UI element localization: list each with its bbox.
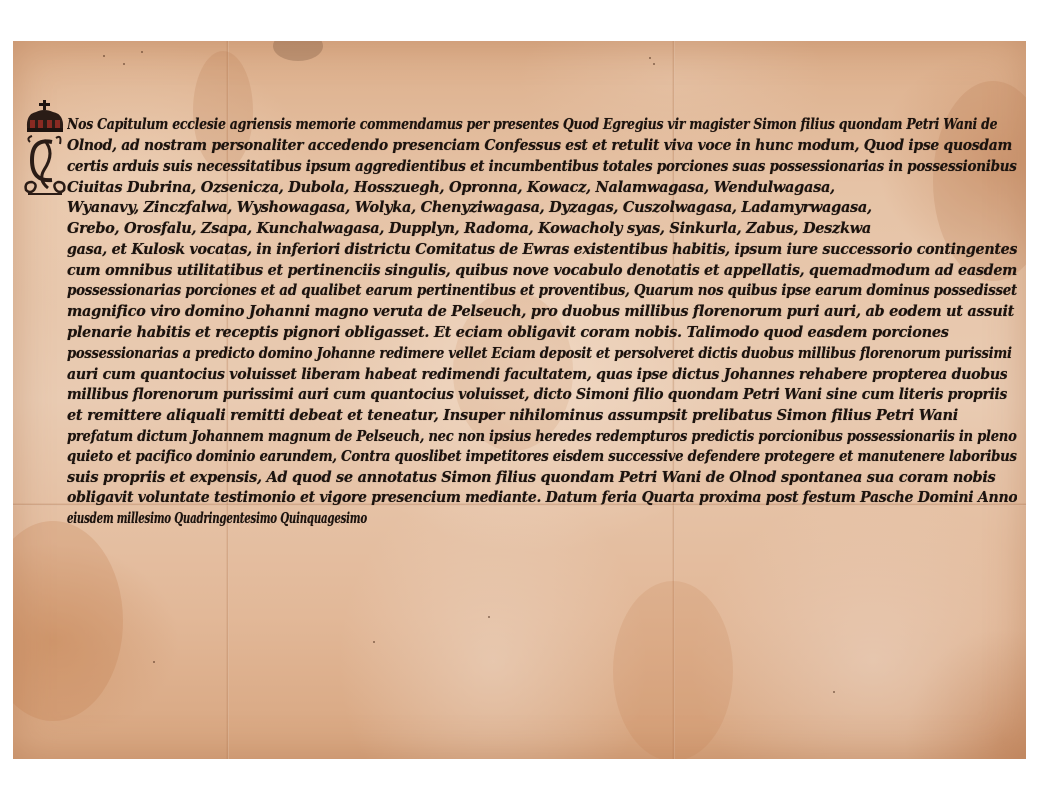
charter-text: Nos Capitulum ecclesie agriensis memorie… bbox=[13, 41, 1026, 759]
text-line-9: possessionarias porciones et ad qualibet… bbox=[67, 281, 1017, 301]
text-line-19: obligavit voluntate testimonio et vigore… bbox=[67, 488, 1017, 508]
text-line-11: plenarie habitis et receptis pignori obl… bbox=[67, 323, 1012, 343]
text-line-3: certis arduis suis necessitatibus ipsum … bbox=[67, 157, 1017, 177]
text-line-2: Olnod, ad nostram personaliter accedendo… bbox=[67, 136, 1012, 156]
text-line-5: Wyanavy, Zinczfalwa, Wyshowagasa, Wolyka… bbox=[67, 198, 1017, 218]
text-line-6: Grebo, Orosfalu, Zsapa, Kunchalwagasa, D… bbox=[67, 219, 1017, 239]
text-line-17: quieto et pacifico dominio earundem, Con… bbox=[67, 447, 1017, 467]
text-line-16: prefatum dictum Johannem magnum de Pelse… bbox=[67, 427, 1017, 447]
text-line-10: magnifico viro domino Johanni magno veru… bbox=[67, 302, 1017, 322]
document-page: Nos Capitulum ecclesie agriensis memorie… bbox=[0, 0, 1040, 800]
text-line-8: cum omnibus utilitatibus et pertinenciis… bbox=[67, 261, 1017, 281]
text-line-20: eiusdem millesimo Quadringentesimo Quinq… bbox=[67, 509, 367, 529]
parchment-charter: Nos Capitulum ecclesie agriensis memorie… bbox=[13, 41, 1026, 759]
text-line-7: gasa, et Kulosk vocatas, in inferiori di… bbox=[67, 240, 1017, 260]
text-line-1: Nos Capitulum ecclesie agriensis memorie… bbox=[67, 115, 997, 135]
text-line-18: suis propriis et expensis, Ad quod se an… bbox=[67, 468, 1017, 488]
text-line-12: possessionarias a predicto domino Johann… bbox=[67, 344, 1012, 364]
text-line-14: millibus florenorum purissimi auri cum q… bbox=[67, 385, 1007, 405]
text-line-4: Ciuitas Dubrina, Ozsenicza, Dubola, Hoss… bbox=[67, 178, 987, 198]
text-line-13: auri cum quantocius voluisset liberam ha… bbox=[67, 365, 1007, 385]
text-line-15: et remittere aliquali remitti debeat et … bbox=[67, 406, 1012, 426]
